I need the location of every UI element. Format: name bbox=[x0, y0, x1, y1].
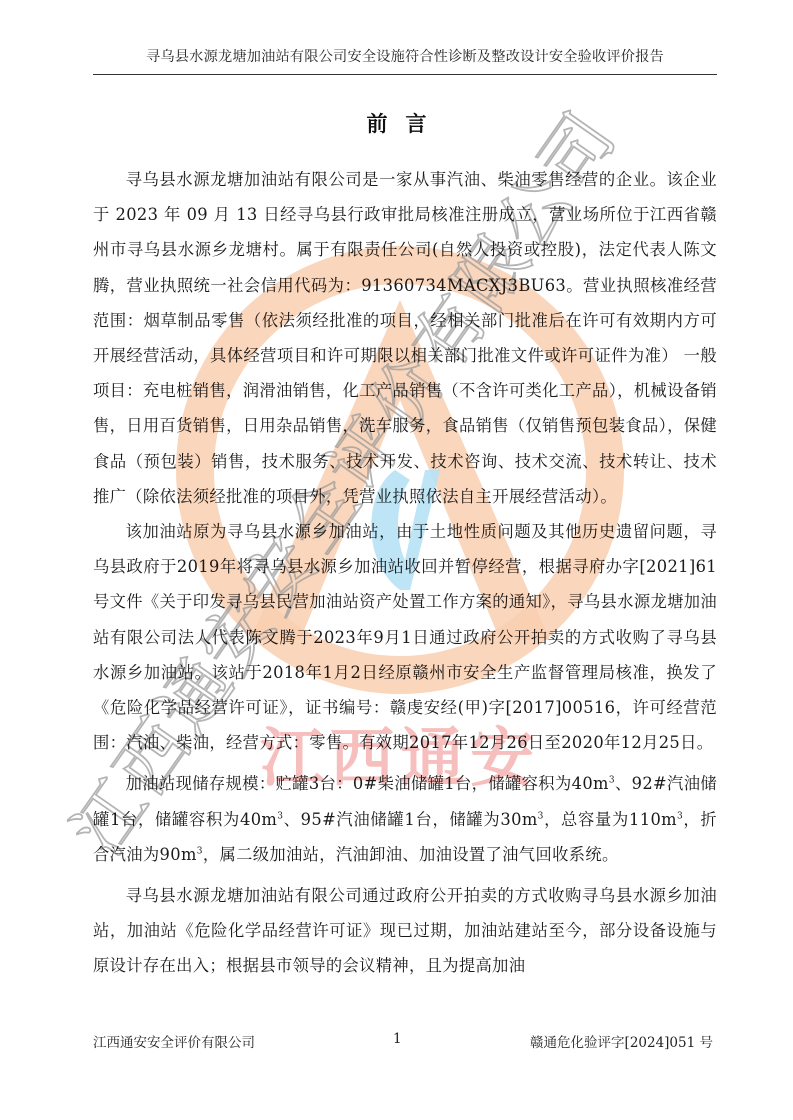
paragraph-storage-scale: 加油站现储存规模：贮罐3台：0#柴油储罐1台，储罐容积为40m3、92#汽油储罐… bbox=[93, 766, 717, 872]
footer-company: 江西通安安全评价有限公司 bbox=[93, 1031, 255, 1051]
document-page: 江西通安 江西通安安全评价有限公司 寻乌县水源龙塘加油站有限公司安全设施符合性诊… bbox=[0, 0, 793, 1120]
header-divider bbox=[93, 74, 717, 75]
report-number: 赣通危化验评字[2024]051 号 bbox=[530, 1031, 713, 1051]
paragraph-station-history: 该加油站原为寻乌县水源乡加油站，由于土地性质问题及其他历史遗留问题，寻乌县政府于… bbox=[93, 514, 717, 760]
paragraph-company-intro: 寻乌县水源龙塘加油站有限公司是一家从事汽油、柴油零售经营的企业。该企业于 202… bbox=[93, 162, 717, 514]
page-title: 前言 bbox=[0, 108, 793, 138]
text-segment: 加油站现储存规模：贮罐3台：0#柴油储罐1台，储罐容积为40m bbox=[126, 774, 609, 793]
text-segment: ，总容量为110m bbox=[544, 810, 677, 829]
text-segment: 、95#汽油储罐1台，储罐为30m bbox=[283, 810, 537, 829]
running-header: 寻乌县水源龙塘加油站有限公司安全设施符合性诊断及整改设计安全验收评价报告 bbox=[93, 46, 717, 66]
paragraph-acquisition: 寻乌县水源龙塘加油站有限公司通过政府公开拍卖的方式收购寻乌县水源乡加油站，加油站… bbox=[93, 878, 717, 984]
text-segment: ，属二级加油站，汽油卸油、加油设置了油气回收系统。 bbox=[203, 845, 619, 864]
document-body: 寻乌县水源龙塘加油站有限公司是一家从事汽油、柴油零售经营的企业。该企业于 202… bbox=[93, 162, 717, 984]
page-number: 1 bbox=[393, 1031, 402, 1047]
